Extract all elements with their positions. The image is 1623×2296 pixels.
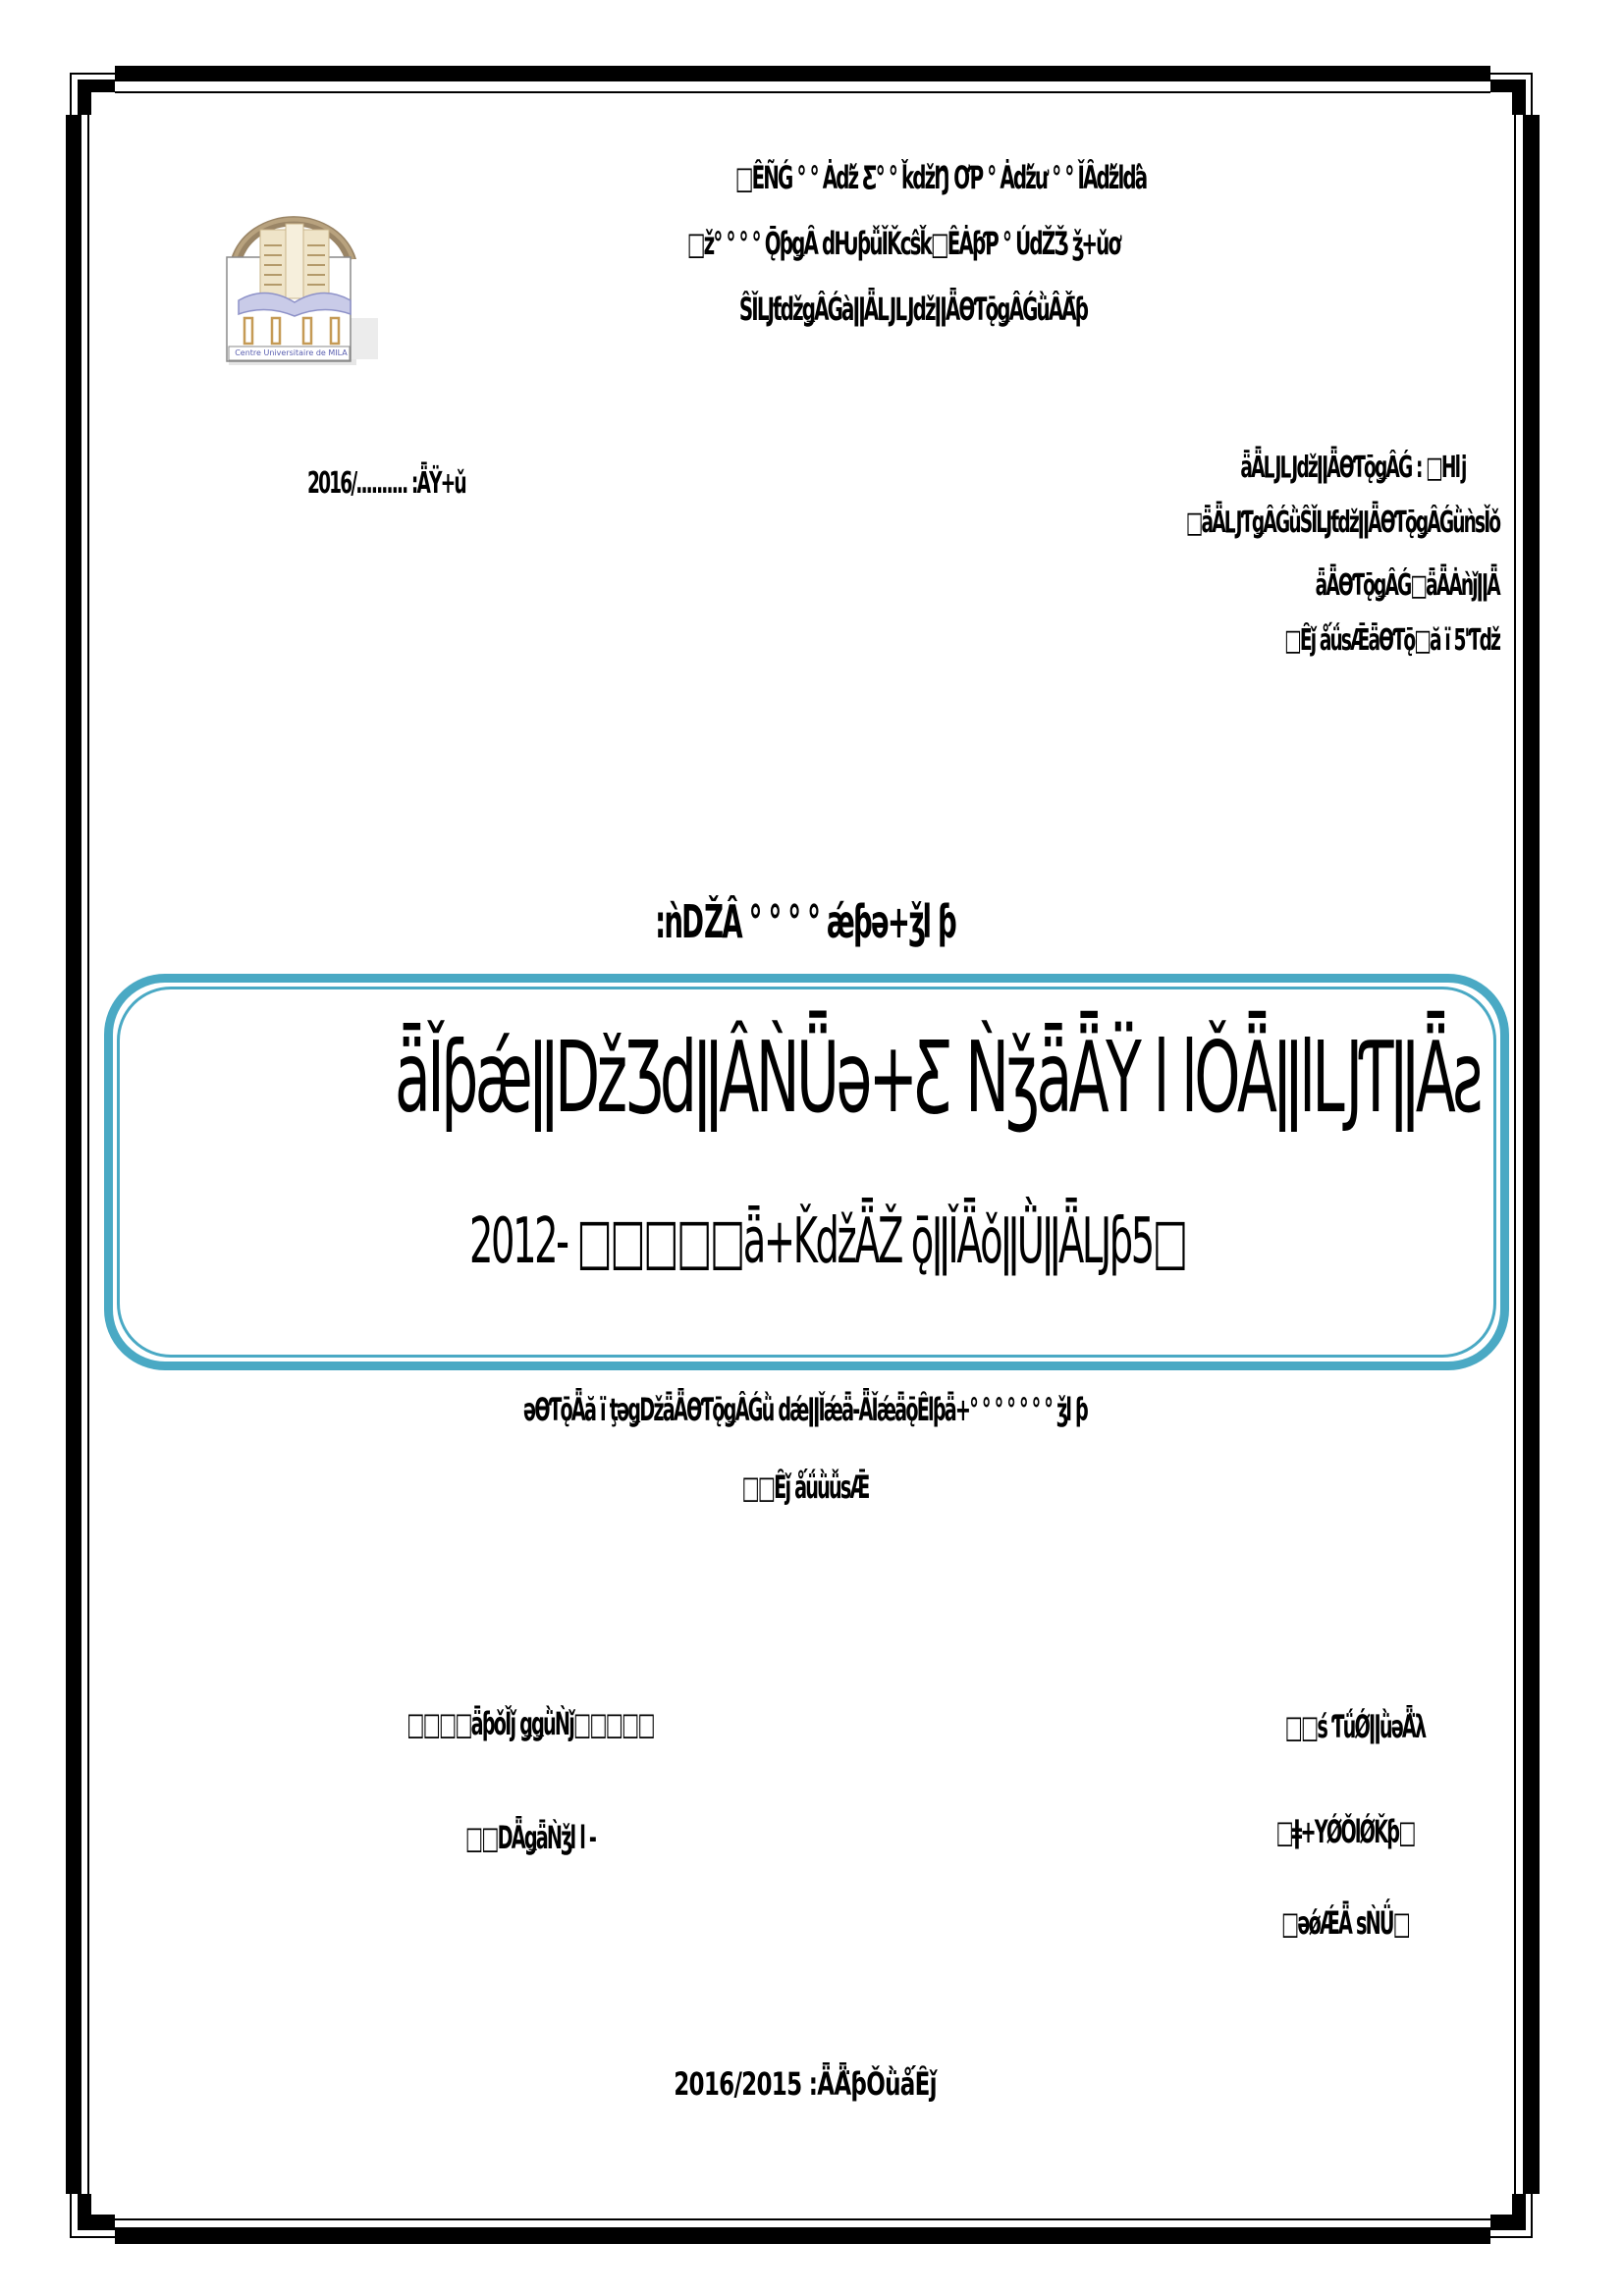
border-top-thick: [115, 66, 1490, 81]
header-line-2: □ž° ° ° ° ǬƥǥȂ dǶƥǚǏǨcŝǩ□ÊȦƥƤ ° ÚdŽǮ ǯ+ǔ…: [635, 228, 1171, 259]
border-bottom-thick: [115, 2227, 1490, 2244]
supervisor-name: □□DǞǥǟǸǯl l -: [436, 1822, 624, 1853]
academic-year: 2016/2015 :ǞǞ̈ƥǑǜǻȆǰ: [600, 2068, 1010, 2100]
institute-line: □Ȇǰ ǻǘsǢǟƟƬǭ□ă ï 5'Ƭdž: [1284, 626, 1499, 656]
border-bottom-thin: [115, 2218, 1490, 2220]
border-right-thin: [1514, 115, 1516, 2194]
logo-caption: Centre Universitaire de MILA: [231, 347, 352, 359]
degree-line-1: ǝƟƬǭǞă ï ţǝǥDžǟǞƟƬǭǥÂǴǜ dǽǁǏǽǟ-ǞǏǽǟǭȆlƥǟ…: [440, 1394, 1170, 1425]
memoire-label: :ǹǄÂ ° ° ° ° ǽƥǝ+ǯl ƥ: [628, 899, 982, 944]
supervisor-label: □□□□ǟƥǒǏǰ ǥǥǜǸǰ□□□□□: [389, 1708, 672, 1739]
thesis-subtitle: 2012- □□□□□ǟ+ǨdžǞŽ ǭǁǏǞǒǁǛǁǞLJƥ5□: [469, 1210, 1141, 1273]
student-name: □ǂ+YǾǑlǾǨƥ□: [1260, 1816, 1431, 1847]
institute-line: ǟǞǇǇdžǁǞƟƬǭǥÂǴ : □Hǉ: [1240, 454, 1465, 483]
institute-line: □ǟǞǇƬǥÂǴǜŜǏLJƭdžǁǞƟƬǭǥÂǴǜǹsǏǒ: [1186, 508, 1499, 538]
students-label: □□ś ƬǘǾǁǜǝǞ̈λ: [1261, 1711, 1449, 1742]
border-right-thick: [1523, 115, 1540, 2194]
degree-line-2: □□Ȇǰ ǻǘǜǚsǢ: [687, 1471, 923, 1503]
border-left-thick: [66, 115, 81, 2194]
institute-line: ǟǞƟƬǭǥÂǴ□ǟǞȦǹǰǁǞ: [1316, 571, 1499, 601]
header-line-1: □ÊÑǴ ° ° Ȧďž Ƹ° ° ǩdžŊ ƠƤ ° Ȧďžư ° ° ǏȂď…: [691, 162, 1190, 193]
thesis-title: ǟǏƥǽǁDžƷdǁÂǸǕǝ+Ƹ ǸǯǟǞŸ l lǑǞǁlǇƬǁǞƨ: [395, 1029, 1225, 1127]
border-top-thin: [115, 91, 1490, 93]
university-logo: Centre Universitaire de MILA: [211, 204, 339, 357]
header-line-3: ŜǏLJƭdžǥÂǴàǁǞǇǇdžǁǞƟƬǭǥÂǴǜÂǍ̄ƥ: [694, 294, 1132, 325]
student-name: □ǝǿǼǞ sǸǗ□: [1260, 1907, 1431, 1939]
border-left-thin: [87, 115, 89, 2194]
reference-number: 2016/.......... :ǞŸ+ǔ: [307, 469, 465, 499]
